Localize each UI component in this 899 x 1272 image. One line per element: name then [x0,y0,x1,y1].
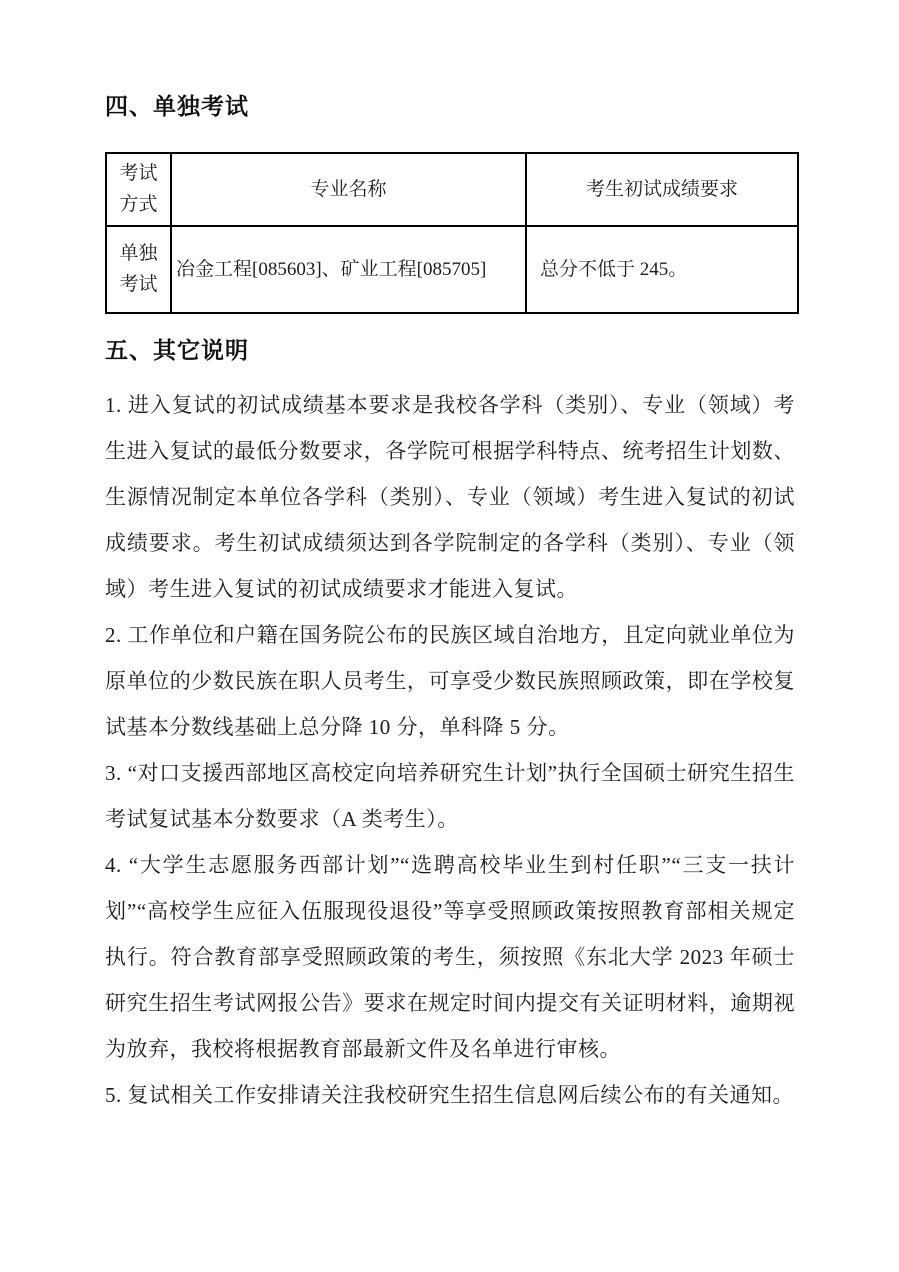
note-paragraph-2: 2. 工作单位和户籍在国务院公布的民族区域自治地方，且定向就业单位为原单位的少数… [105,612,795,750]
section-4-heading: 四、单独考试 [105,92,795,122]
section-5-heading: 五、其它说明 [105,336,795,366]
document-content: 四、单独考试 考试方式 专业名称 考生初试成绩要求 单独考试 冶金工程[0856… [0,0,899,1118]
table-header-exam-method: 考试方式 [106,153,171,226]
document-page: 四、单独考试 考试方式 专业名称 考生初试成绩要求 单独考试 冶金工程[0856… [0,0,899,1272]
note-paragraph-5: 5. 复试相关工作安排请关注我校研究生招生信息网后续公布的有关通知。 [105,1072,795,1118]
cell-exam-method: 单独考试 [106,226,171,313]
table-header-major-name: 专业名称 [171,153,526,226]
table-row: 单独考试 冶金工程[085603]、矿业工程[085705] 总分不低于 245… [106,226,798,313]
cell-score-requirement: 总分不低于 245。 [526,226,798,313]
table-header-row: 考试方式 专业名称 考生初试成绩要求 [106,153,798,226]
note-paragraph-3: 3. “对口支援西部地区高校定向培养研究生计划”执行全国硕士研究生招生考试复试基… [105,750,795,842]
note-paragraph-1: 1. 进入复试的初试成绩基本要求是我校各学科（类别）、专业（领域）考生进入复试的… [105,382,795,612]
table-header-score-requirement: 考生初试成绩要求 [526,153,798,226]
cell-major-names: 冶金工程[085603]、矿业工程[085705] [171,226,526,313]
other-notes: 1. 进入复试的初试成绩基本要求是我校各学科（类别）、专业（领域）考生进入复试的… [105,382,795,1118]
separate-exam-score-table: 考试方式 专业名称 考生初试成绩要求 单独考试 冶金工程[085603]、矿业工… [105,152,799,314]
note-paragraph-4: 4. “大学生志愿服务西部计划”“选聘高校毕业生到村任职”“三支一扶计划”“高校… [105,842,795,1072]
